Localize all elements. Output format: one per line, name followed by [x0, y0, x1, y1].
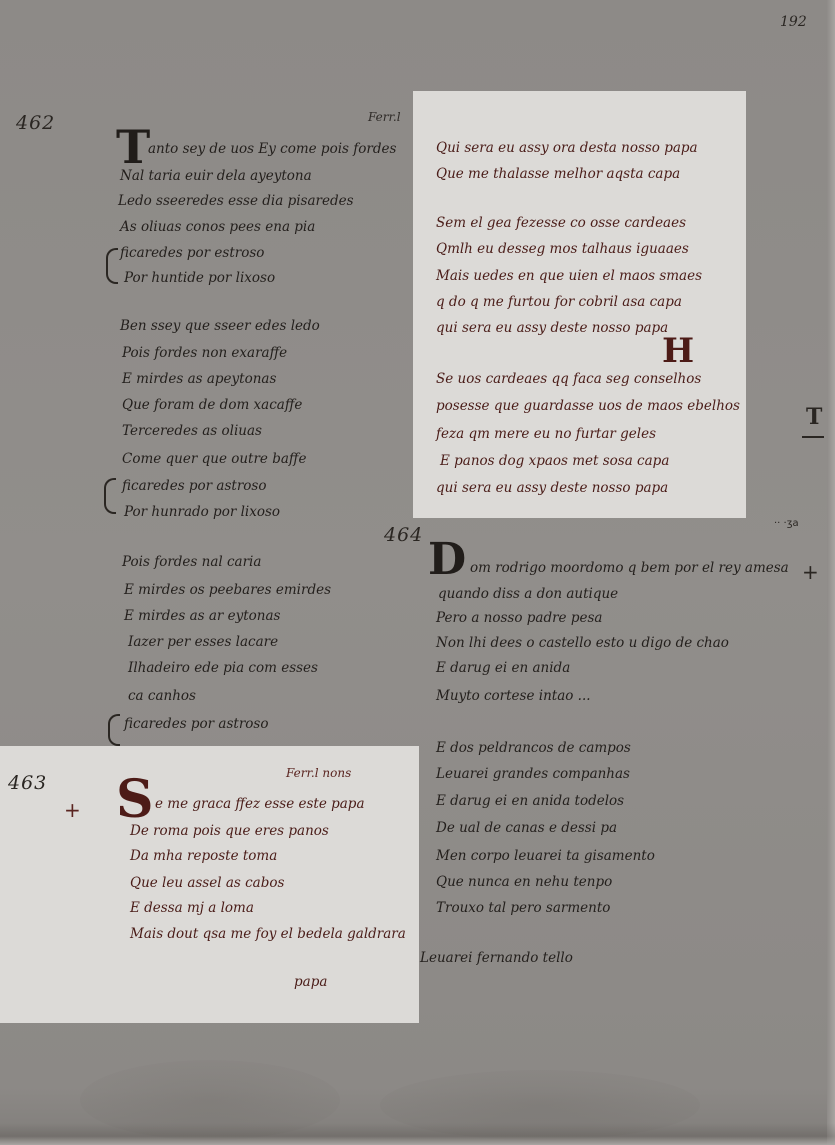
- margin-rule: [802, 436, 824, 438]
- verse-line: Da mha reposte toma: [130, 850, 277, 864]
- verse-line: quando diss a don autique: [438, 588, 618, 602]
- verse-line: Por hunrado por lixoso: [124, 506, 280, 520]
- verse-line: Pois fordes non exaraffe: [122, 347, 287, 361]
- refrain-bracket: [104, 478, 116, 514]
- verse-line: Que foram de dom xacaffe: [122, 399, 302, 413]
- verse-line: Come quer que outre baffe: [122, 453, 306, 467]
- verse-line: E mirdes as apeytonas: [122, 373, 276, 387]
- verse-line: Terceredes as oliuas: [122, 425, 262, 439]
- verse-line: As oliuas conos pees ena pia: [120, 221, 315, 235]
- verse-line: Men corpo leuarei ta gisamento: [436, 850, 655, 864]
- verse-line: posesse que guardasse uos de maos ebelho…: [436, 400, 740, 414]
- manuscript-page: 192 462 Ferr.l T anto sey de uos Ey come…: [0, 0, 835, 1145]
- verse-line: feza qm mere eu no furtar geles: [436, 428, 656, 442]
- page-edge: [0, 1123, 835, 1145]
- verse-line: om rodrigo moordomo q bem por el rey ame…: [470, 562, 789, 576]
- verse-line: Non lhi dees o castello esto u digo de c…: [436, 637, 729, 651]
- verse-line: De roma pois que eres panos: [130, 825, 329, 839]
- verse-line: E dessa mj a loma: [130, 902, 254, 916]
- verse-line: qui sera eu assy deste nosso papa: [436, 482, 668, 496]
- verse-line: ficaredes por astroso: [124, 718, 268, 732]
- margin-cross: +: [802, 560, 819, 584]
- verse-line: qui sera eu assy deste nosso papa: [436, 322, 668, 336]
- verse-line: q do q me furtou for cobril asa capa: [436, 296, 682, 310]
- verse-line: Nal taria euir dela ayeytona: [120, 170, 312, 184]
- verse-line: anto sey de uos Ey come pois fordes: [148, 143, 396, 157]
- initial-letter: H: [662, 334, 694, 368]
- verse-line: ficaredes por estroso: [120, 247, 264, 261]
- verse-line: Ilhadeiro ede pia com esses: [128, 662, 318, 676]
- verse-line: Pero a nosso padre pesa: [436, 612, 602, 626]
- verse-line: Que leu assel as cabos: [130, 877, 284, 891]
- margin-cross: +: [64, 798, 81, 822]
- verse-line: E darug ei en anida: [436, 662, 570, 676]
- rubric-463: Ferr.l nons: [286, 766, 351, 780]
- rubric-462: Ferr.l: [368, 110, 401, 124]
- verse-line: Que me thalasse melhor aqsta capa: [436, 168, 680, 182]
- verse-line: Por huntide por lixoso: [124, 272, 275, 286]
- verse-line: ficaredes por astroso: [122, 480, 266, 494]
- verse-line: E mirdes os peebares emirdes: [124, 584, 331, 598]
- verse-line: Iazer per esses lacare: [128, 636, 278, 650]
- verse-line: Trouxo tal pero sarmento: [436, 902, 610, 916]
- verse-line: Qmlh eu desseg mos talhaus iguaaes: [436, 243, 689, 257]
- verse-line: ca canhos: [128, 690, 196, 704]
- folio-number: 192: [780, 14, 807, 30]
- verse-line: De ual de canas e dessi pa: [436, 822, 617, 836]
- refrain-bracket: [106, 248, 118, 284]
- verse-line: Mais uedes en que uien el maos smaes: [436, 270, 702, 284]
- catchword: papa: [294, 976, 327, 990]
- verse-line: Qui sera eu assy ora desta nosso papa: [436, 142, 698, 156]
- initial-letter: D: [428, 538, 466, 582]
- verse-line: Ledo sseeredes esse dia pisaredes: [118, 195, 354, 209]
- verse-line: Mais dout qsa me foy el bedela galdrara: [130, 928, 406, 942]
- margin-letter: T: [806, 404, 822, 430]
- verse-line: e me graca ffez esse este papa: [155, 798, 365, 812]
- verse-line: Que nunca en nehu tenpo: [436, 876, 612, 890]
- verse-line: E mirdes as ar eytonas: [124, 610, 280, 624]
- verse-line: Leuarei fernando tello: [420, 952, 573, 966]
- verse-line: E panos dog xpaos met sosa capa: [440, 455, 669, 469]
- verse-line: Ben ssey que sseer edes ledo: [120, 320, 320, 334]
- refrain-bracket: [108, 714, 120, 746]
- verse-line: Leuarei grandes companhas: [436, 768, 630, 782]
- verse-line: Sem el gea fezesse co osse cardeaes: [436, 217, 686, 231]
- initial-letter: T: [116, 124, 150, 170]
- verse-line: E dos peldrancos de campos: [436, 742, 631, 756]
- poem-number-464: 464: [384, 524, 423, 546]
- page-edge: [827, 0, 835, 1145]
- verse-line: Muyto cortese intao ...: [436, 690, 591, 704]
- verse-line: Se uos cardeaes qq faca seg conselhos: [436, 373, 701, 387]
- initial-letter: S: [116, 774, 154, 826]
- verse-line: E darug ei en anida todelos: [436, 795, 624, 809]
- poem-number-463: 463: [8, 772, 47, 794]
- verse-line: Pois fordes nal caria: [122, 556, 261, 570]
- poem-number-462: 462: [16, 112, 55, 134]
- margin-scribble: ·· ·ʒa: [774, 518, 799, 529]
